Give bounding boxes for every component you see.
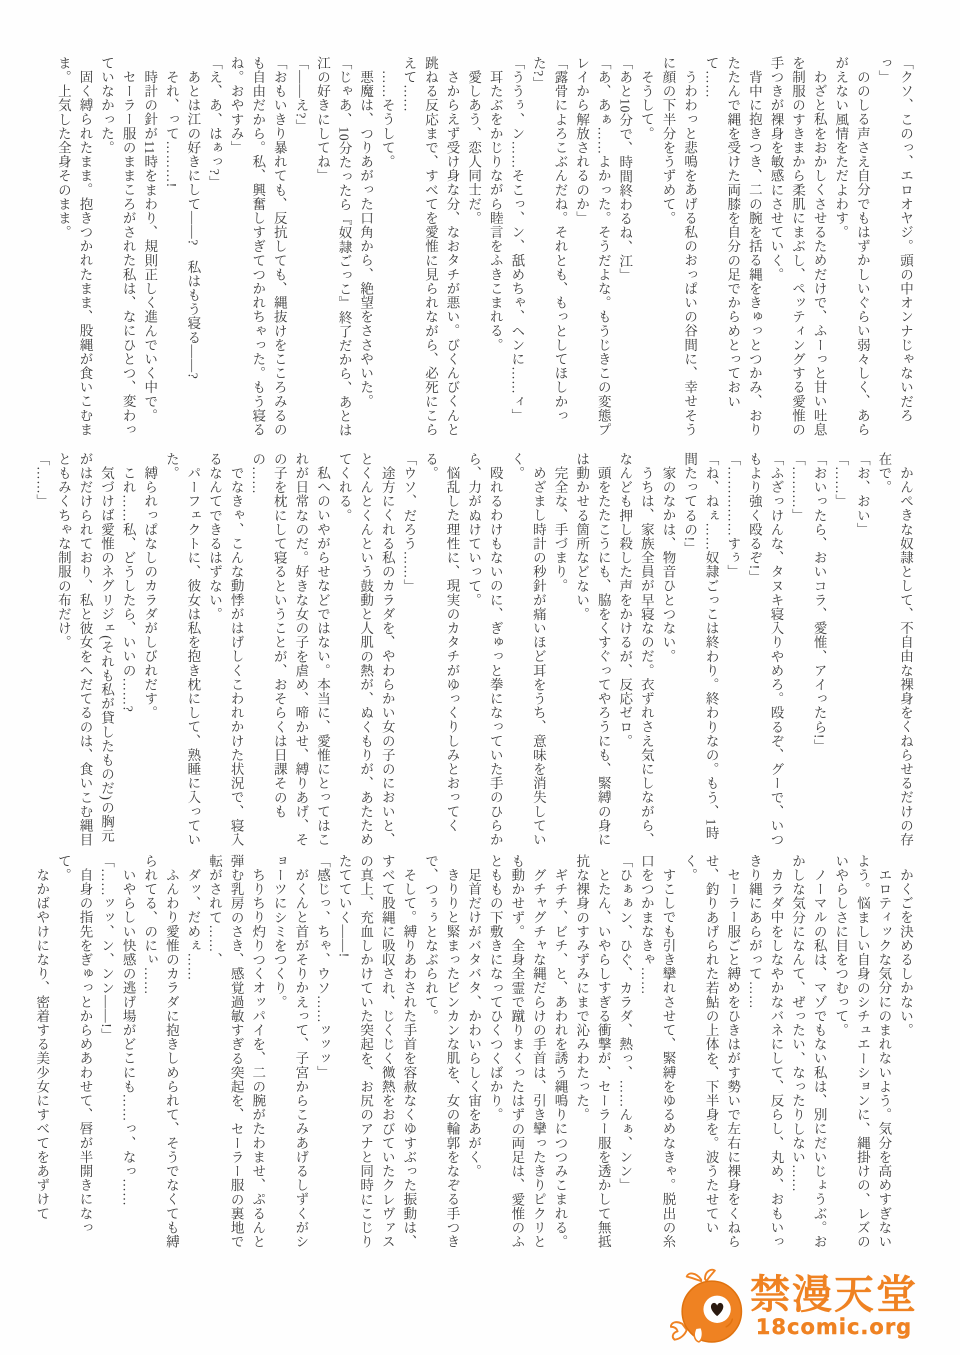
paragraph: 「え、あ、はぁっ?」	[203, 56, 225, 442]
paragraph: 「――え?」	[290, 56, 312, 442]
paragraph: かんぺきな奴隷として、不自由な裸身をくねらせるだけの存在で。	[873, 452, 916, 848]
paragraph: 家のなかは、物音ひとつない。	[657, 452, 679, 848]
paragraph: ノーマルの私は、マゾでもない私は、別にだいじょうぶ。おかしな気分になんて、ぜった…	[786, 854, 829, 1256]
paragraph: ふんわり愛惟のカラダに抱きしめられて、そうでなくても縛られてる、のにぃ……	[139, 854, 182, 1256]
paragraph: いやらしい快感の逃げ場がどこにも……っ、なっ……	[117, 854, 139, 1256]
text-band-bottom: かくごを決めるしかない。エロティックな気分にのまれないよう。気分を高めすぎないよ…	[54, 854, 916, 1256]
paragraph: 固く縛られたまま。抱きつかれたまま、股縄が食いこむまま。上気した全身そのまま。	[52, 56, 95, 442]
paragraph: あとは江の好きにして――? 私はもう寝る――?	[182, 56, 204, 442]
paragraph: 縛られっぱなしのカラダがしびれだす。	[139, 452, 161, 848]
paragraph: めざまし時計の秒針が痛いほど耳をうち、意味を消失していく。	[506, 452, 549, 848]
paragraph: 自身の指先をぎゅっとからめあわせて、唇が半開きになって。	[52, 854, 95, 1256]
paragraph: 「………」	[786, 452, 808, 848]
paragraph: 「おもいきり暴れても、反抗しても、縄抜けをこころみるのも自由だから。私、興奮しす…	[225, 56, 290, 442]
paragraph: 耳たぶをかじりながら睦言をふきこまれる。	[484, 56, 506, 442]
paragraph: それ、って………!	[160, 56, 182, 442]
paragraph: うちは、家族全員が早寝なのだ。衣ずれさえ気にしながら、なんども押し殺した声をかけ…	[614, 452, 657, 848]
site-url: 18comic.org	[756, 1316, 912, 1338]
watermark-logo: 禁漫天堂 18comic.org	[670, 1267, 918, 1347]
paragraph: 背中に抱きつき、二の腕を括る縄をきゅっとつかみ、おりたたんで縄を受けた両膝を自分…	[700, 56, 765, 442]
paragraph: 悪魔は、つりあがった口角から、絶望をささやいた。	[355, 56, 377, 442]
paragraph: わざと私をおかしくさせるためだけで、ふーっと甘い吐息を制服のすきまから柔肌にまぶ…	[765, 56, 830, 442]
paragraph: これ……私、どうしたら、いいの……?	[117, 452, 139, 848]
paragraph: がくんと首がそりかえって、子宮からこみあげるしずくがショーツにシミをつくり。	[268, 854, 311, 1256]
paragraph: 「……」	[830, 452, 852, 848]
paragraph: そうして。	[635, 56, 657, 442]
paragraph: 愛しあう、恋人同士だ。	[463, 56, 485, 442]
paragraph: ののしる声さえ自分でもはずかしいぐらい弱々しく、あらがえない風情をただよわす。	[830, 56, 873, 442]
paragraph: なかばやけになり、密着する美少女にすべてをあずけて	[31, 854, 53, 1256]
paragraph: カラダ中をしなやかなバネにして、反らし、丸め、おもいっきり縄にあらがって……	[743, 854, 786, 1256]
paragraph: 「……ッッ、ン、ンン――!」	[95, 854, 117, 1256]
paragraph: そして。縛りあわされた手首を容赦なくゆすぶった振動は、すべて股縄に吸収され、じく…	[333, 854, 419, 1256]
paragraph: かくごを決めるしかない。	[894, 854, 916, 1256]
paragraph: 「あ、あぁ……よかった。そうだよな。もうじきこの変態プレイから解放されるのか」	[571, 56, 614, 442]
paragraph: 「……」	[31, 452, 53, 848]
paragraph: 「感じっ、ちゃ、ウソ……ッッッ」	[311, 854, 333, 1256]
paragraph: ちりちり灼りつくオッパイを、二の腕がたわませ、ぷるんと弾む乳房のさき、感覚過敏す…	[203, 854, 268, 1256]
paragraph: 「ウソ、だろう……」	[398, 452, 420, 848]
paragraph: ギチチ、ビチ、と、あわれを誘う縄鳴りにつつみこまれる。	[549, 854, 571, 1256]
scanned-text-page: 「クソ、このっ、エロオヤジ。頭の中オンナじゃないだろっ」ののしる声さえ自分でもは…	[0, 0, 960, 1355]
paragraph: 完全な、手づまり。	[549, 452, 571, 848]
paragraph: 「……………すぅ」	[722, 452, 744, 848]
paragraph: グチャグチャな縄だらけの手首は、引き攣ったきりピクリとも動かせず。全身全霊で蹴り…	[484, 854, 549, 1256]
paragraph: セーラー服のままころがされた私は、なにひとつ、変わっていなかった。	[95, 56, 138, 442]
paragraph: 悩乱した理性に、現実のカタチがゆっくりしみとおってくる。	[419, 452, 462, 848]
text-band-middle: かんぺきな奴隷として、不自由な裸身をくねらせるだけの存在で。「お、おい」「……」…	[54, 452, 916, 848]
paragraph: 「じゃあ、10分たったら『奴隷ごっこ』終了だから、あとは江の好きにしてね」	[311, 56, 354, 442]
paragraph: とたん、いやらしすぎる衝撃が、セーラー服を透かして無抵抗な裸身のすみずみにまで沁…	[571, 854, 614, 1256]
paragraph: エロティックな気分にのまれないよう。気分を高めすぎないよう。悩ましい自身のシチュ…	[830, 854, 895, 1256]
paragraph: 足首だけがバタバタ、かわいらしく宙をあがく。	[463, 854, 485, 1256]
text-band-top: 「クソ、このっ、エロオヤジ。頭の中オンナじゃないだろっ」ののしる声さえ自分でもは…	[54, 56, 916, 442]
paragraph: さからえず受け身な分、なおタチが悪い。びくんびくんと跳ねる反応まで、すべてを愛惟…	[398, 56, 463, 442]
paragraph: でなきゃ、こんな動悸がはげしくこわれかけた状況で、寝入るなんてできるはずない。	[203, 452, 246, 848]
paragraph: 気づけば愛惟のネグリジェ(それも私が貸したものだ)の胸元がはだけられており、私と…	[52, 452, 117, 848]
paragraph: 時計の針が11時をまわり、規則正しく進んでいく中で。	[139, 56, 161, 442]
paragraph: 「ううぅ、ン……そこっ、ン、舐めちゃ、ヘンに……ィ」	[506, 56, 528, 442]
paragraph: 「露骨によろこぶんだね。それとも、もっとしてほしかった?」	[527, 56, 570, 442]
paragraph: 「ね、ねぇ……奴隷ごっこは終わり。終わりなの。もう、1時間たってるの!」	[678, 452, 721, 848]
paragraph: きりりと緊まったビンカンな肌を、女の輪郭をなぞる手つきで、つぅぅとなぶられて。	[419, 854, 462, 1256]
paragraph: 「クソ、このっ、エロオヤジ。頭の中オンナじゃないだろっ」	[873, 56, 916, 442]
paragraph: うわわっと悲鳴をあげる私のおっぱいの谷間に、幸せそうに顔の下半分をうずめて。	[657, 56, 700, 442]
paragraph: 「ひぁぁン、ひぐ、カラダ、熱っ、……んぁ、ンン」	[614, 854, 636, 1256]
paragraph: すこしでも引き攣れさせて、緊縛をゆるめなきゃ。脱出の糸口をつかまなきゃ……	[635, 854, 678, 1256]
whale-mascot-icon	[670, 1267, 746, 1347]
paragraph: 殴れるわけもないのに、ぎゅっと拳になっていた手のひらから、力がぬけていって。	[463, 452, 506, 848]
paragraph: セーラー服ごと縛めをひきはがす勢いで左右に裸身をくねらせ、釣りあげられた若鮎の上…	[678, 854, 743, 1256]
watermark-text: 禁漫天堂 18comic.org	[750, 1275, 918, 1338]
site-name: 禁漫天堂	[750, 1275, 918, 1315]
paragraph: 「あと10分で、時間終わるね、江」	[614, 56, 636, 442]
paragraph: 私へのいやがらせなどではない。本当に、愛惟にとってはこれが日常なのだ。好きな女の…	[247, 452, 333, 848]
paragraph: ダッ、だめぇ……	[182, 854, 204, 1256]
paragraph: 「お、おい」	[851, 452, 873, 848]
paragraph: 「おいったら、おいコラ、愛惟、アイったら!」	[808, 452, 830, 848]
paragraph: パーフェクトに、彼女は私を抱き枕にして、熟睡に入っていた。	[160, 452, 203, 848]
paragraph: 「ふざっけんな、タヌキ寝入りやめろ。殴るぞ、グーで、いつもより強く殴るぞ!」	[743, 452, 786, 848]
paragraph: ……そうして。	[376, 56, 398, 442]
paragraph: 途方にくれる私のカラダを、やわらかい女の子のにおいと、とくんとくんという鼓動と人…	[333, 452, 398, 848]
paragraph: 頭をたたこうにも、脇をくすぐってやろうにも、緊縛の身には動かせる箇所などない。	[571, 452, 614, 848]
